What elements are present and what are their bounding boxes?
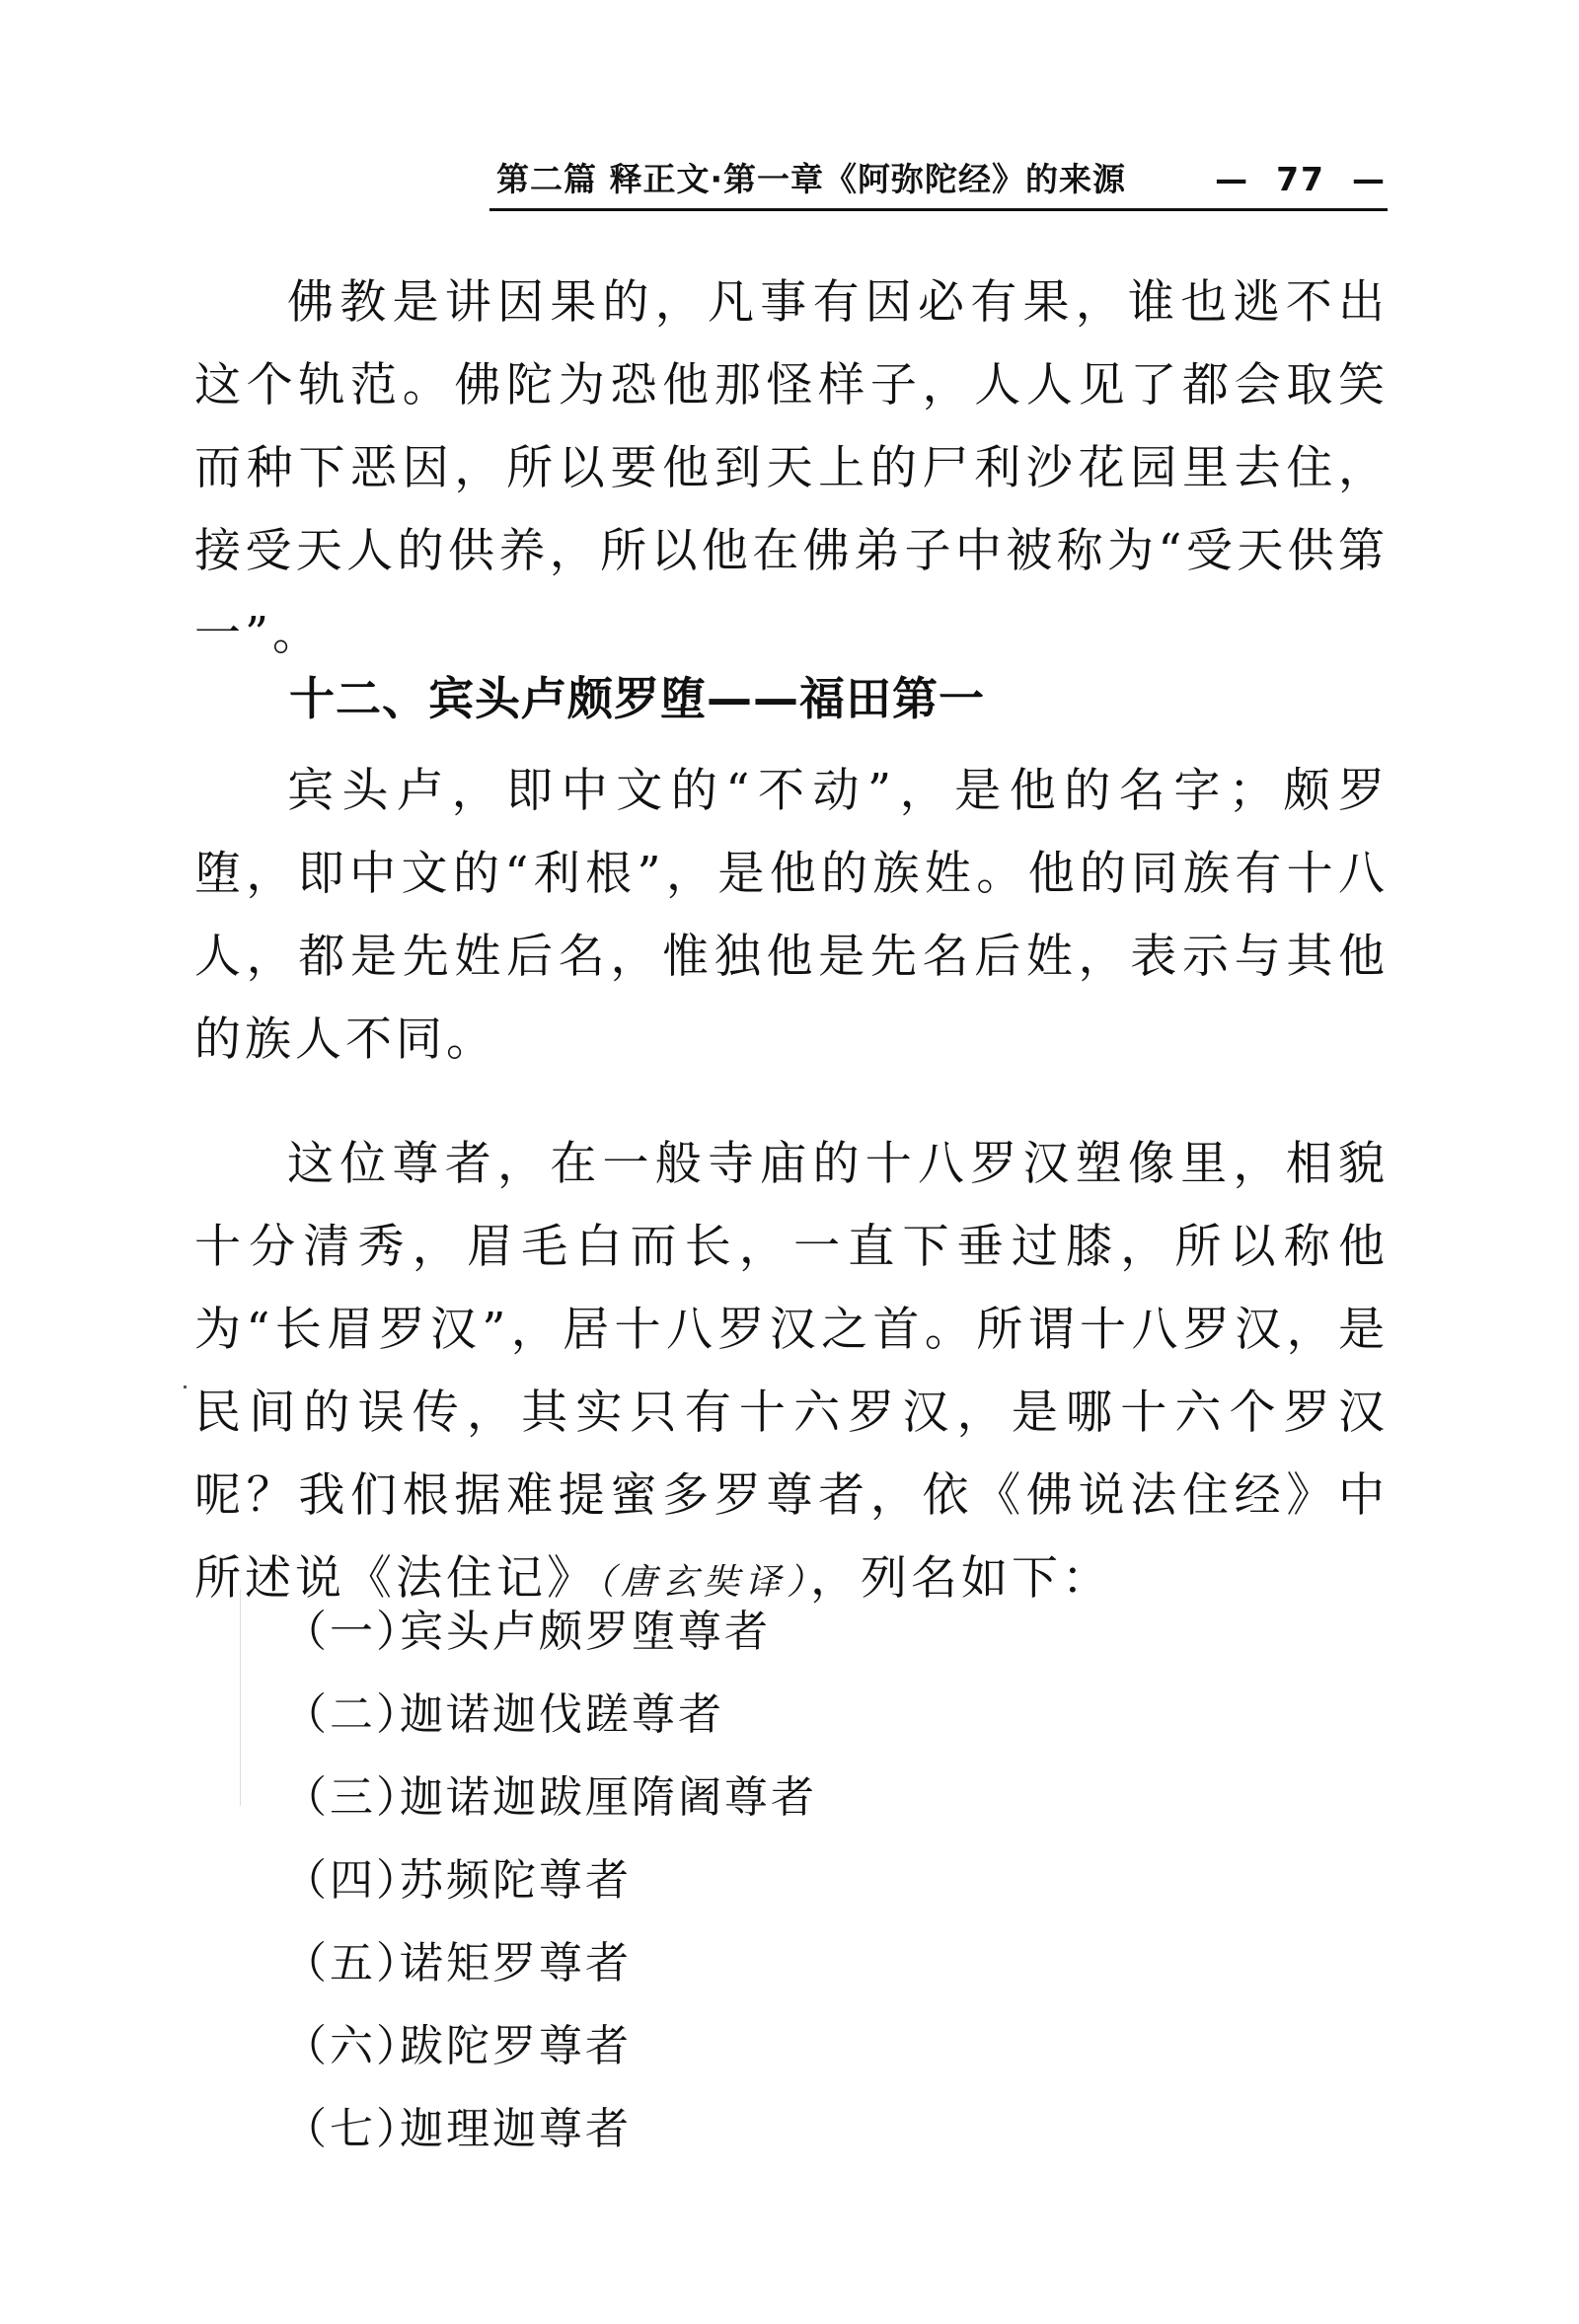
list-item: （五）诺矩罗尊者 [283,1922,817,2005]
paragraph: 佛教是讲因果的，凡事有因必有果，谁也逃不出这个轨范。佛陀为恐他那怪样子，人人见了… [194,262,1389,676]
section-body-1: 宾头卢，即中文的“不动”，是他的名字；颇罗堕，即中文的“利根”，是他的族姓。他的… [194,750,1389,1082]
running-head: 第二篇 释正文·第一章《阿弥陀经》的来源 — 77 — [496,158,1387,201]
list-item-number: （七） [283,2088,400,2171]
list-item: （二）迦诺迦伐蹉尊者 [283,1674,817,1757]
scan-faint-line [240,1589,241,1806]
list-item-name: 宾头卢颇罗堕尊者 [400,1607,771,1657]
list-item-number: （四） [283,1839,400,1922]
body-text-top: 佛教是讲因果的，凡事有因必有果，谁也逃不出这个轨范。佛陀为恐他那怪样子，人人见了… [194,262,1389,676]
scan-speck [184,1386,187,1388]
paragraph-text: 这位尊者，在一般寺庙的十八罗汉塑像里，相貌十分清秀，眉毛白而长，一直下垂过膝，所… [194,1137,1389,1606]
list-item-number: （六） [283,2005,400,2088]
running-head-title: 第二篇 释正文·第一章《阿弥陀经》的来源 [496,158,1126,201]
page-number: — 77 — [1215,158,1387,201]
list-item: （四）苏频陀尊者 [283,1839,817,1922]
list-item: （七）迦理迦尊者 [283,2088,817,2171]
list-item-number: （三） [283,1757,400,1839]
list-item-name: 迦诺迦伐蹉尊者 [400,1689,724,1740]
paragraph: 这位尊者，在一般寺庙的十八罗汉塑像里，相貌十分清秀，眉毛白而长，一直下垂过膝，所… [194,1123,1389,1624]
header-rule [489,208,1388,211]
arhat-list: （一）宾头卢颇罗堕尊者 （二）迦诺迦伐蹉尊者 （三）迦诺迦跋厘隋阇尊者 （四）苏… [283,1591,817,2171]
list-item: （三）迦诺迦跋厘隋阇尊者 [283,1757,817,1839]
list-item-name: 诺矩罗尊者 [400,1938,632,1988]
list-item-name: 苏频陀尊者 [400,1855,632,1906]
paragraph: 宾头卢，即中文的“不动”，是他的名字；颇罗堕，即中文的“利根”，是他的族姓。他的… [194,750,1389,1082]
list-item-number: （一） [283,1591,400,1674]
list-intro: ，列名如下： [810,1551,1112,1606]
section-body-2: 这位尊者，在一般寺庙的十八罗汉塑像里，相貌十分清秀，眉毛白而长，一直下垂过膝，所… [194,1123,1389,1624]
list-item: （一）宾头卢颇罗堕尊者 [283,1591,817,1674]
list-item: （六）跋陀罗尊者 [283,2005,817,2088]
list-item-name: 迦诺迦跋厘隋阇尊者 [400,1772,817,1823]
list-item-number: （五） [283,1922,400,2005]
section-heading: 十二、宾头卢颇罗堕——福田第一 [289,669,985,728]
list-item-number: （二） [283,1674,400,1757]
list-item-name: 跋陀罗尊者 [400,2021,632,2071]
list-item-name: 迦理迦尊者 [400,2104,632,2154]
